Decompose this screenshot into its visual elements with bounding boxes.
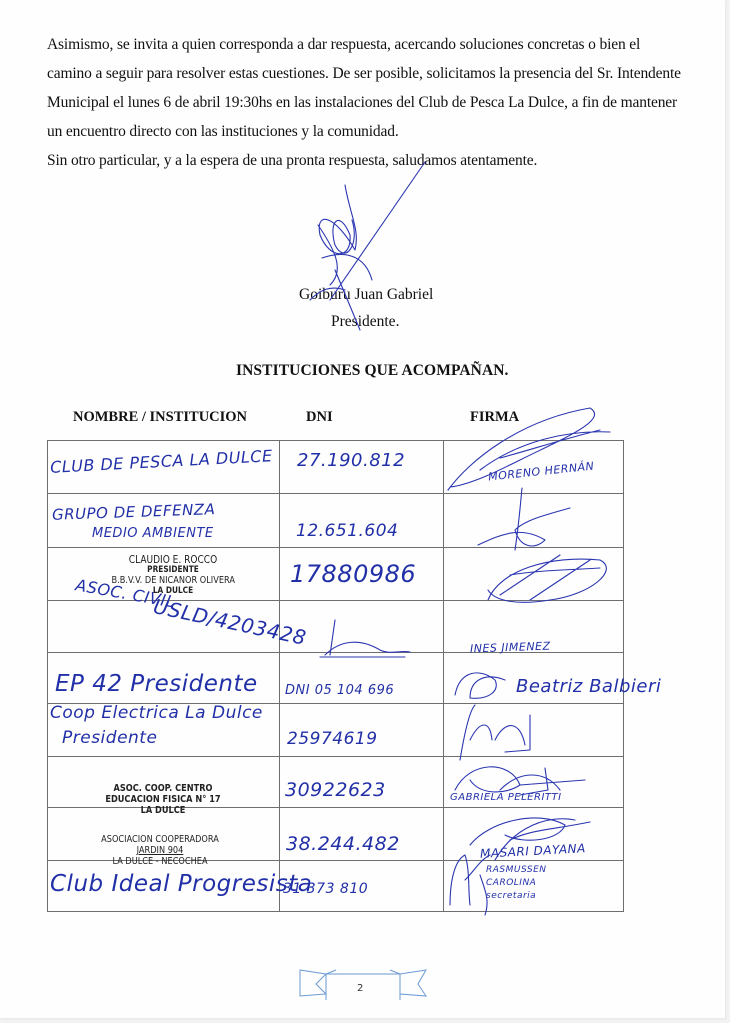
row-dni: 27.190.812 xyxy=(297,450,405,471)
row-firma: GABRIELA PELERITTI xyxy=(450,792,562,803)
row-name-line2: MEDIO AMBIENTE xyxy=(92,526,214,541)
signer-role: Presidente. xyxy=(331,313,399,331)
column-header-name: NOMBRE / INSTITUCION xyxy=(73,409,247,426)
row-dni: 17880986 xyxy=(290,560,416,588)
row-dni: DNI 05 104 696 xyxy=(285,683,394,698)
row-firma: Beatriz Balbieri xyxy=(516,676,661,697)
row-dni: 25974619 xyxy=(287,729,378,749)
row-firma: RASMUSSEN CAROLINA secretaria xyxy=(486,864,547,903)
row-dni: 30922623 xyxy=(285,779,386,801)
signer-name: Goiburu Juan Gabriel xyxy=(299,286,433,304)
institution-stamp: ASOCIACION COOPERADORA JARDIN 904 LA DUL… xyxy=(94,834,225,867)
row-name-line2: Presidente xyxy=(62,728,157,748)
row-dni: 12.651.604 xyxy=(296,521,398,541)
page-number: 2 xyxy=(357,983,363,994)
row-name: EP 42 Presidente xyxy=(55,671,258,697)
section-title: INSTITUCIONES QUE ACOMPAÑAN. xyxy=(236,362,509,380)
column-header-dni: DNI xyxy=(306,409,333,426)
row-dni: 31 373 810 xyxy=(283,881,368,897)
column-header-firma: FIRMA xyxy=(470,409,519,426)
president-signature xyxy=(310,162,425,330)
row-name: Club Ideal Progresista xyxy=(50,871,312,897)
body-paragraph-closing: Sin otro particular, y a la espera de un… xyxy=(47,146,687,175)
row-dni: 38.244.482 xyxy=(286,833,400,855)
body-paragraph-invitation: Asimismo, se invita a quien corresponda … xyxy=(47,30,687,146)
document-page: Asimismo, se invita a quien corresponda … xyxy=(0,0,725,1018)
row-name-line1: Coop Electrica La Dulce xyxy=(50,703,263,723)
institution-stamp: ASOC. COOP. CENTRO EDUCACION FISICA N° 1… xyxy=(93,783,232,816)
